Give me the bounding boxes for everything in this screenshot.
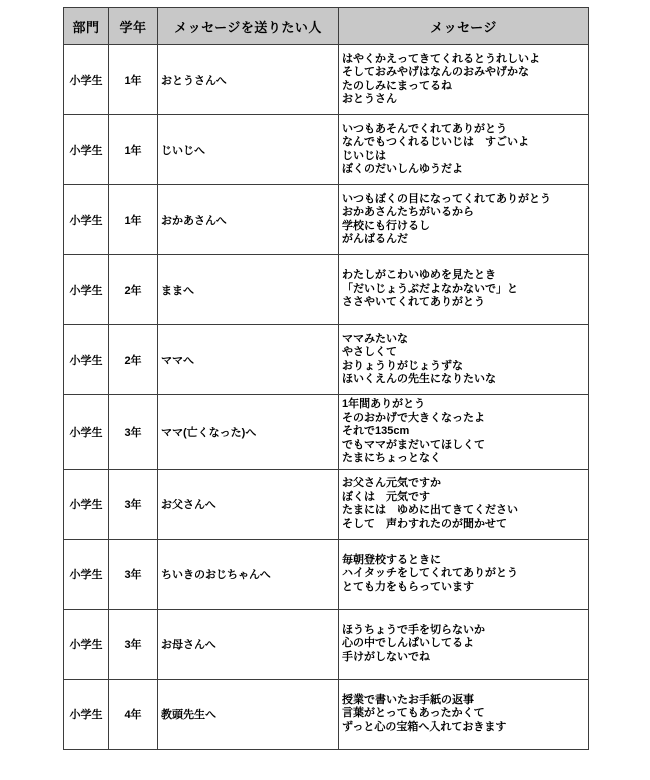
- table-row: 小学生2年ままへわたしがこわいゆめを見たとき 「だいじょうぶだよなかないで」と …: [64, 255, 589, 325]
- recipient-cell: じいじへ: [158, 115, 339, 185]
- message-cell: 毎朝登校するときに ハイタッチをしてくれてありがとう とても力をもらっています: [339, 539, 589, 609]
- page: 部門 学年 メッセージを送りたい人 メッセージ 小学生1年おとうさんへはやくかえ…: [0, 0, 650, 780]
- table-row: 小学生3年ママ(亡くなった)へ1年間ありがとう そのおかげで大きくなったよ それ…: [64, 395, 589, 470]
- division-cell: 小学生: [64, 45, 109, 115]
- grade-cell: 1年: [109, 45, 158, 115]
- grade-cell: 3年: [109, 395, 158, 470]
- table-row: 小学生1年おとうさんへはやくかえってきてくれるとうれしいよ そしておみやげはなん…: [64, 45, 589, 115]
- message-cell: 1年間ありがとう そのおかげで大きくなったよ それで135cm でもママがまだい…: [339, 395, 589, 470]
- table-row: 小学生4年教頭先生へ授業で書いたお手紙の返事 言葉がとってもあったかくて ずっと…: [64, 679, 589, 749]
- table-row: 小学生2年ママへママみたいな やさしくて おりょうりがじょうずな ほいくえんの先…: [64, 325, 589, 395]
- division-cell: 小学生: [64, 325, 109, 395]
- grade-cell: 1年: [109, 115, 158, 185]
- message-cell: わたしがこわいゆめを見たとき 「だいじょうぶだよなかないで」と ささやいてくれて…: [339, 255, 589, 325]
- message-cell: ほうちょうで手を切らないか 心の中でしんぱいしてるよ 手けがしないでね: [339, 609, 589, 679]
- message-cell: はやくかえってきてくれるとうれしいよ そしておみやげはなんのおみやげかな たのし…: [339, 45, 589, 115]
- grade-cell: 4年: [109, 679, 158, 749]
- table-row: 小学生1年おかあさんへいつもぼくの目になってくれてありがとう おかあさんたちがい…: [64, 185, 589, 255]
- column-header-grade: 学年: [109, 8, 158, 45]
- message-cell: ママみたいな やさしくて おりょうりがじょうずな ほいくえんの先生になりたいな: [339, 325, 589, 395]
- table-body: 小学生1年おとうさんへはやくかえってきてくれるとうれしいよ そしておみやげはなん…: [64, 45, 589, 750]
- messages-table: 部門 学年 メッセージを送りたい人 メッセージ 小学生1年おとうさんへはやくかえ…: [63, 7, 589, 750]
- division-cell: 小学生: [64, 115, 109, 185]
- recipient-cell: 教頭先生へ: [158, 679, 339, 749]
- grade-cell: 2年: [109, 325, 158, 395]
- grade-cell: 3年: [109, 539, 158, 609]
- division-cell: 小学生: [64, 609, 109, 679]
- message-cell: 授業で書いたお手紙の返事 言葉がとってもあったかくて ずっと心の宝箱へ入れておき…: [339, 679, 589, 749]
- message-cell: いつもぼくの目になってくれてありがとう おかあさんたちがいるから 学校にも行ける…: [339, 185, 589, 255]
- grade-cell: 1年: [109, 185, 158, 255]
- recipient-cell: ママへ: [158, 325, 339, 395]
- grade-cell: 3年: [109, 469, 158, 539]
- table-row: 小学生3年ちいきのおじちゃんへ毎朝登校するときに ハイタッチをしてくれてありがと…: [64, 539, 589, 609]
- division-cell: 小学生: [64, 255, 109, 325]
- table-row: 小学生1年じいじへいつもあそんでくれてありがとう なんでもつくれるじいじは すご…: [64, 115, 589, 185]
- division-cell: 小学生: [64, 679, 109, 749]
- division-cell: 小学生: [64, 539, 109, 609]
- recipient-cell: おとうさんへ: [158, 45, 339, 115]
- message-cell: いつもあそんでくれてありがとう なんでもつくれるじいじは すごいよ じいじは ぼ…: [339, 115, 589, 185]
- recipient-cell: お母さんへ: [158, 609, 339, 679]
- column-header-message: メッセージ: [339, 8, 589, 45]
- recipient-cell: おかあさんへ: [158, 185, 339, 255]
- recipient-cell: ママ(亡くなった)へ: [158, 395, 339, 470]
- recipient-cell: ちいきのおじちゃんへ: [158, 539, 339, 609]
- column-header-recipient: メッセージを送りたい人: [158, 8, 339, 45]
- division-cell: 小学生: [64, 469, 109, 539]
- column-header-division: 部門: [64, 8, 109, 45]
- recipient-cell: ままへ: [158, 255, 339, 325]
- table-row: 小学生3年お父さんへお父さん元気ですか ぼくは 元気です たまには ゆめに出てき…: [64, 469, 589, 539]
- division-cell: 小学生: [64, 185, 109, 255]
- grade-cell: 2年: [109, 255, 158, 325]
- message-cell: お父さん元気ですか ぼくは 元気です たまには ゆめに出てきてください そして …: [339, 469, 589, 539]
- division-cell: 小学生: [64, 395, 109, 470]
- table-row: 小学生3年お母さんへほうちょうで手を切らないか 心の中でしんぱいしてるよ 手けが…: [64, 609, 589, 679]
- recipient-cell: お父さんへ: [158, 469, 339, 539]
- grade-cell: 3年: [109, 609, 158, 679]
- header-row: 部門 学年 メッセージを送りたい人 メッセージ: [64, 8, 589, 45]
